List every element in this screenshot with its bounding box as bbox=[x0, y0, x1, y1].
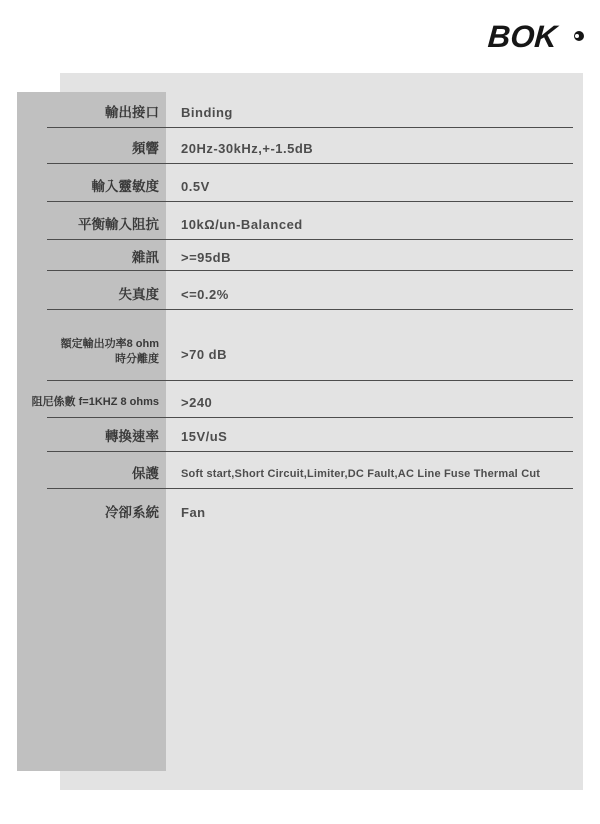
spec-row-label: 雜訊 bbox=[30, 250, 159, 265]
spec-row-label: 平衡輸入阻抗 bbox=[30, 217, 159, 232]
spec-row-value: >70 dB bbox=[181, 348, 227, 362]
spec-row-value: >=95dB bbox=[181, 251, 231, 265]
spec-row-label: 冷卻系統 bbox=[30, 505, 159, 520]
spec-row-value: 0.5V bbox=[181, 180, 210, 194]
brand-logo-text: BOK bbox=[487, 20, 558, 54]
spec-row-label: 轉換速率 bbox=[30, 429, 159, 444]
spec-row: 保護Soft start,Short Circuit,Limiter,DC Fa… bbox=[47, 452, 573, 489]
brand-logo: BOK bbox=[488, 20, 557, 54]
spec-row: 輸入靈敏度0.5V bbox=[47, 164, 573, 202]
spec-row-value: Soft start,Short Circuit,Limiter,DC Faul… bbox=[181, 467, 540, 481]
spec-row-value: <=0.2% bbox=[181, 288, 229, 302]
spec-row-value: Binding bbox=[181, 106, 233, 120]
spec-row: 失真度<=0.2% bbox=[47, 271, 573, 310]
spec-row-label: 輸出接口 bbox=[30, 105, 159, 120]
spec-row: 雜訊>=95dB bbox=[47, 240, 573, 271]
spec-row: 輸出接口Binding bbox=[47, 92, 573, 128]
spec-row-label: 阻尼係數 f=1KHZ 8 ohms bbox=[30, 395, 159, 410]
spec-table: 輸出接口Binding頻響20Hz-30kHz,+-1.5dB輸入靈敏度0.5V… bbox=[47, 92, 573, 527]
spec-row: 冷卻系統Fan bbox=[47, 489, 573, 527]
spec-row-label: 失真度 bbox=[30, 287, 159, 302]
spec-row-value: 20Hz-30kHz,+-1.5dB bbox=[181, 142, 313, 156]
spec-row: 平衡輸入阻抗10kΩ/un-Balanced bbox=[47, 202, 573, 240]
spec-row-value: 15V/uS bbox=[181, 430, 227, 444]
spec-row-label: 保護 bbox=[30, 466, 159, 481]
spec-row-label-line2: 時分離度 bbox=[30, 352, 159, 367]
spec-row-label: 輸入靈敏度 bbox=[30, 179, 159, 194]
spec-row-value: >240 bbox=[181, 396, 212, 410]
spec-row: 頻響20Hz-30kHz,+-1.5dB bbox=[47, 128, 573, 164]
spec-row: 額定輸出功率8 ohm時分離度>70 dB bbox=[47, 310, 573, 381]
spec-row-value: Fan bbox=[181, 506, 206, 520]
logo-mark-inner-dot bbox=[575, 34, 579, 38]
logo-mark-icon bbox=[574, 31, 584, 41]
spec-row: 轉換速率15V/uS bbox=[47, 418, 573, 452]
spec-row-label: 頻響 bbox=[30, 141, 159, 156]
spec-row-label: 額定輸出功率8 ohm時分離度 bbox=[30, 337, 159, 367]
spec-row-value: 10kΩ/un-Balanced bbox=[181, 218, 303, 232]
spec-row: 阻尼係數 f=1KHZ 8 ohms>240 bbox=[47, 381, 573, 418]
